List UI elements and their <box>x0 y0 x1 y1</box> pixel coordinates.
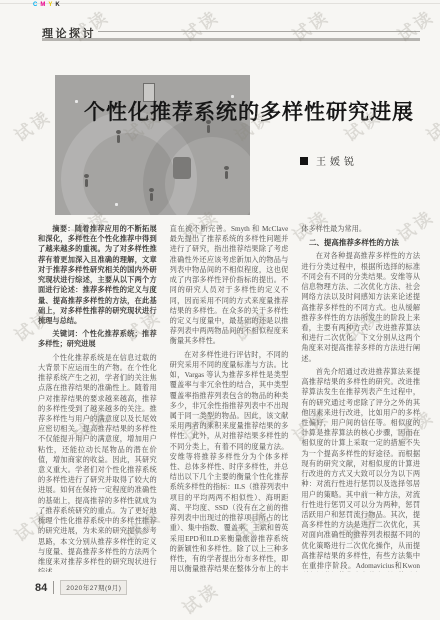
column-3-paragraph: 首先介绍通过改进推荐算法来提高推荐结果的多样性的研究。改进推荐算法发生在推荐列表… <box>301 367 420 572</box>
article-title: 个性化推荐系统的多样性研究进展 <box>84 96 414 126</box>
abstract-paragraph: 摘要：随着推荐应用的不断拓展和深化，多样性在个性化推荐中得到了越来越多的重视。为… <box>38 224 157 326</box>
column-3: 体多样性最为常用。 二、提高推荐多样性的方法 在对各种提高推荐多样性的方法进行分… <box>301 224 420 572</box>
illustration-person-icon <box>225 171 228 179</box>
trial-watermark: 试读 <box>8 103 55 147</box>
abstract-text: 随着推荐应用的不断拓展和深化，多样性在个性化推荐中得到了越来越多的重视。为了对多… <box>38 225 157 325</box>
illustration-person-icon <box>85 179 88 187</box>
page-number: 84 <box>35 582 47 594</box>
issue-info: 2020年27期(9月) <box>60 580 127 595</box>
cmyk-print-marks: CMYK <box>33 2 63 8</box>
header-thin-rule <box>98 31 420 32</box>
trial-watermark: 试读 <box>420 103 440 147</box>
column-2-paragraph: 直在被不断完善。Smyth 和 McClave 最先提出了推荐系统的多样性问题并… <box>170 224 289 347</box>
illustration-seated-figure <box>173 157 191 179</box>
illustration-person-icon <box>150 193 153 201</box>
page-top-rule <box>0 3 440 4</box>
intro-paragraph: 个性化推荐系统是在信息过载的大背景下应运而生的产物。在个性化推荐系统产生之初，学… <box>38 353 157 572</box>
column-3-paragraph: 在对各种提高推荐多样性的方法进行分类过程中，根据所选择的标准不同会有不同的分类结… <box>301 251 420 363</box>
column-2: 直在被不断完善。Smyth 和 McClave 最先提出了推荐系统的多样性问题并… <box>170 224 289 572</box>
scanned-journal-page: { "prepress": { "marks": [ {"letter": "C… <box>0 0 440 620</box>
header-thick-rule <box>42 38 420 41</box>
footer-divider <box>53 581 54 594</box>
illustration-sparkle-icon <box>75 100 78 103</box>
keywords-paragraph: 关键词：个性化推荐系统；推荐多样性；研究进展 <box>38 329 157 349</box>
illustration-person-icon <box>117 135 120 143</box>
author-bullet-square <box>300 157 308 165</box>
cmyk-mark-m: M <box>40 2 48 8</box>
author-name: 王媛锐 <box>316 153 358 168</box>
illustration-sparkle-icon <box>115 203 118 206</box>
article-body: 摘要：随着推荐应用的不断拓展和深化，多样性在个性化推荐中得到了越来越多的重视。为… <box>38 224 420 572</box>
column-3-runover-line: 体多样性最为常用。 <box>301 224 420 234</box>
abstract-label: 摘要： <box>52 225 74 233</box>
section-heading-2: 二、提高推荐多样性的方法 <box>301 237 420 248</box>
cmyk-mark-y: Y <box>48 2 55 8</box>
column-2-paragraph: 在对多样性进行评估时，不同的研究采用不同的度量标准与方法。比如，Vargas 等… <box>170 350 289 572</box>
trial-watermark: 试读 <box>176 576 223 620</box>
cmyk-mark-k: K <box>55 2 62 8</box>
illustration-person-icon <box>207 125 210 133</box>
page-footer: 84 2020年27期(9月) <box>35 580 127 595</box>
keywords-label: 关键词： <box>52 330 82 338</box>
cmyk-mark-c: C <box>33 2 40 8</box>
author-line: 王媛锐 <box>300 153 358 168</box>
column-1: 摘要：随着推荐应用的不断拓展和深化，多样性在个性化推荐中得到了越来越多的重视。为… <box>38 224 157 572</box>
